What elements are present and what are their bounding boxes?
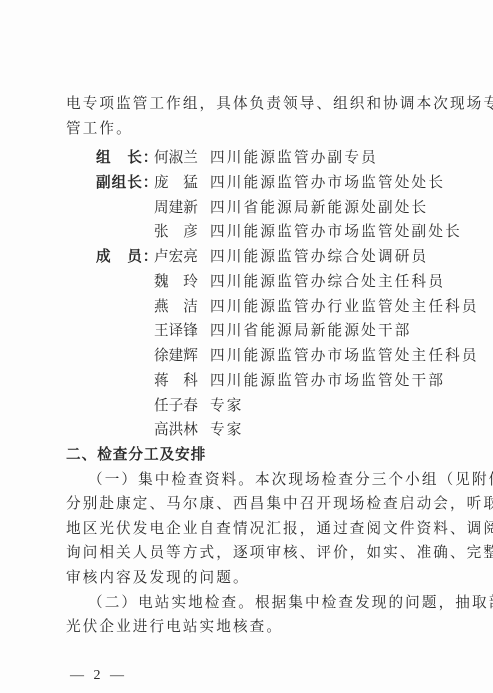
member-title: 四川能源监管办综合处调研员: [210, 247, 428, 267]
para1-line-3: 地区光伏发电企业自查情况汇报，通过查阅文件资料、调阅数据、: [66, 519, 426, 539]
member-title: 专家: [210, 396, 244, 416]
member-title: 四川能源监管办综合处主任科员: [210, 272, 445, 292]
member-title: 四川省能源局新能源处副处长: [210, 198, 428, 218]
para1-line-4: 询问相关人员等方式，逐项审核、评价，如实、准确、完整记录: [66, 543, 426, 563]
member-name: 何淑兰: [154, 148, 210, 168]
member-name: 高洪林: [154, 420, 210, 440]
section-heading: 二、检查分工及安排: [66, 445, 426, 465]
member-name: 魏 玲: [154, 272, 210, 292]
para2-line-2: 光伏企业进行电站实地核查。: [66, 617, 426, 637]
para1-line-5: 审核内容及发现的问题。: [66, 568, 426, 588]
intro-line-1: 电专项监管工作组，具体负责领导、组织和协调本次现场专项监: [66, 94, 426, 114]
page-number: — 2 —: [70, 668, 127, 684]
member-name: 卢宏亮: [154, 247, 210, 267]
member-title: 四川能源监管办行业监管处主任科员: [210, 297, 479, 317]
member-title: 四川能源监管办市场监管处主任科员: [210, 346, 479, 366]
intro-line-2: 管工作。: [66, 119, 426, 139]
member-title: 四川能源监管办市场监管处干部: [210, 371, 445, 391]
member-title: 四川能源监管办副专员: [210, 148, 378, 168]
member-name: 蒋 科: [154, 371, 210, 391]
member-name: 张 彦: [154, 222, 210, 242]
member-name: 徐建辉: [154, 346, 210, 366]
member-name: 王译锋: [154, 321, 210, 341]
member-name: 庞 猛: [154, 173, 210, 193]
member-title: 四川省能源局新能源处干部: [210, 321, 412, 341]
member-title: 四川能源监管办市场监管处处长: [210, 173, 445, 193]
para1-line-2: 分别赴康定、马尔康、西昌集中召开现场检查启动会，听取所在: [66, 494, 426, 514]
member-name: 燕 洁: [154, 297, 210, 317]
member-title: 四川能源监管办市场监管处副处长: [210, 222, 462, 242]
document-page: 电专项监管工作组，具体负责领导、组织和协调本次现场专项监 管工作。 组 长： 何…: [0, 0, 493, 693]
member-title: 专家: [210, 420, 244, 440]
member-name: 任子春: [154, 396, 210, 416]
para2-line-1: （二）电站实地检查。根据集中检查发现的问题，抽取部分: [88, 593, 448, 613]
para1-line-1: （一）集中检查资料。本次现场检查分三个小组（见附件1），: [88, 470, 448, 490]
member-name: 周建新: [154, 198, 210, 218]
